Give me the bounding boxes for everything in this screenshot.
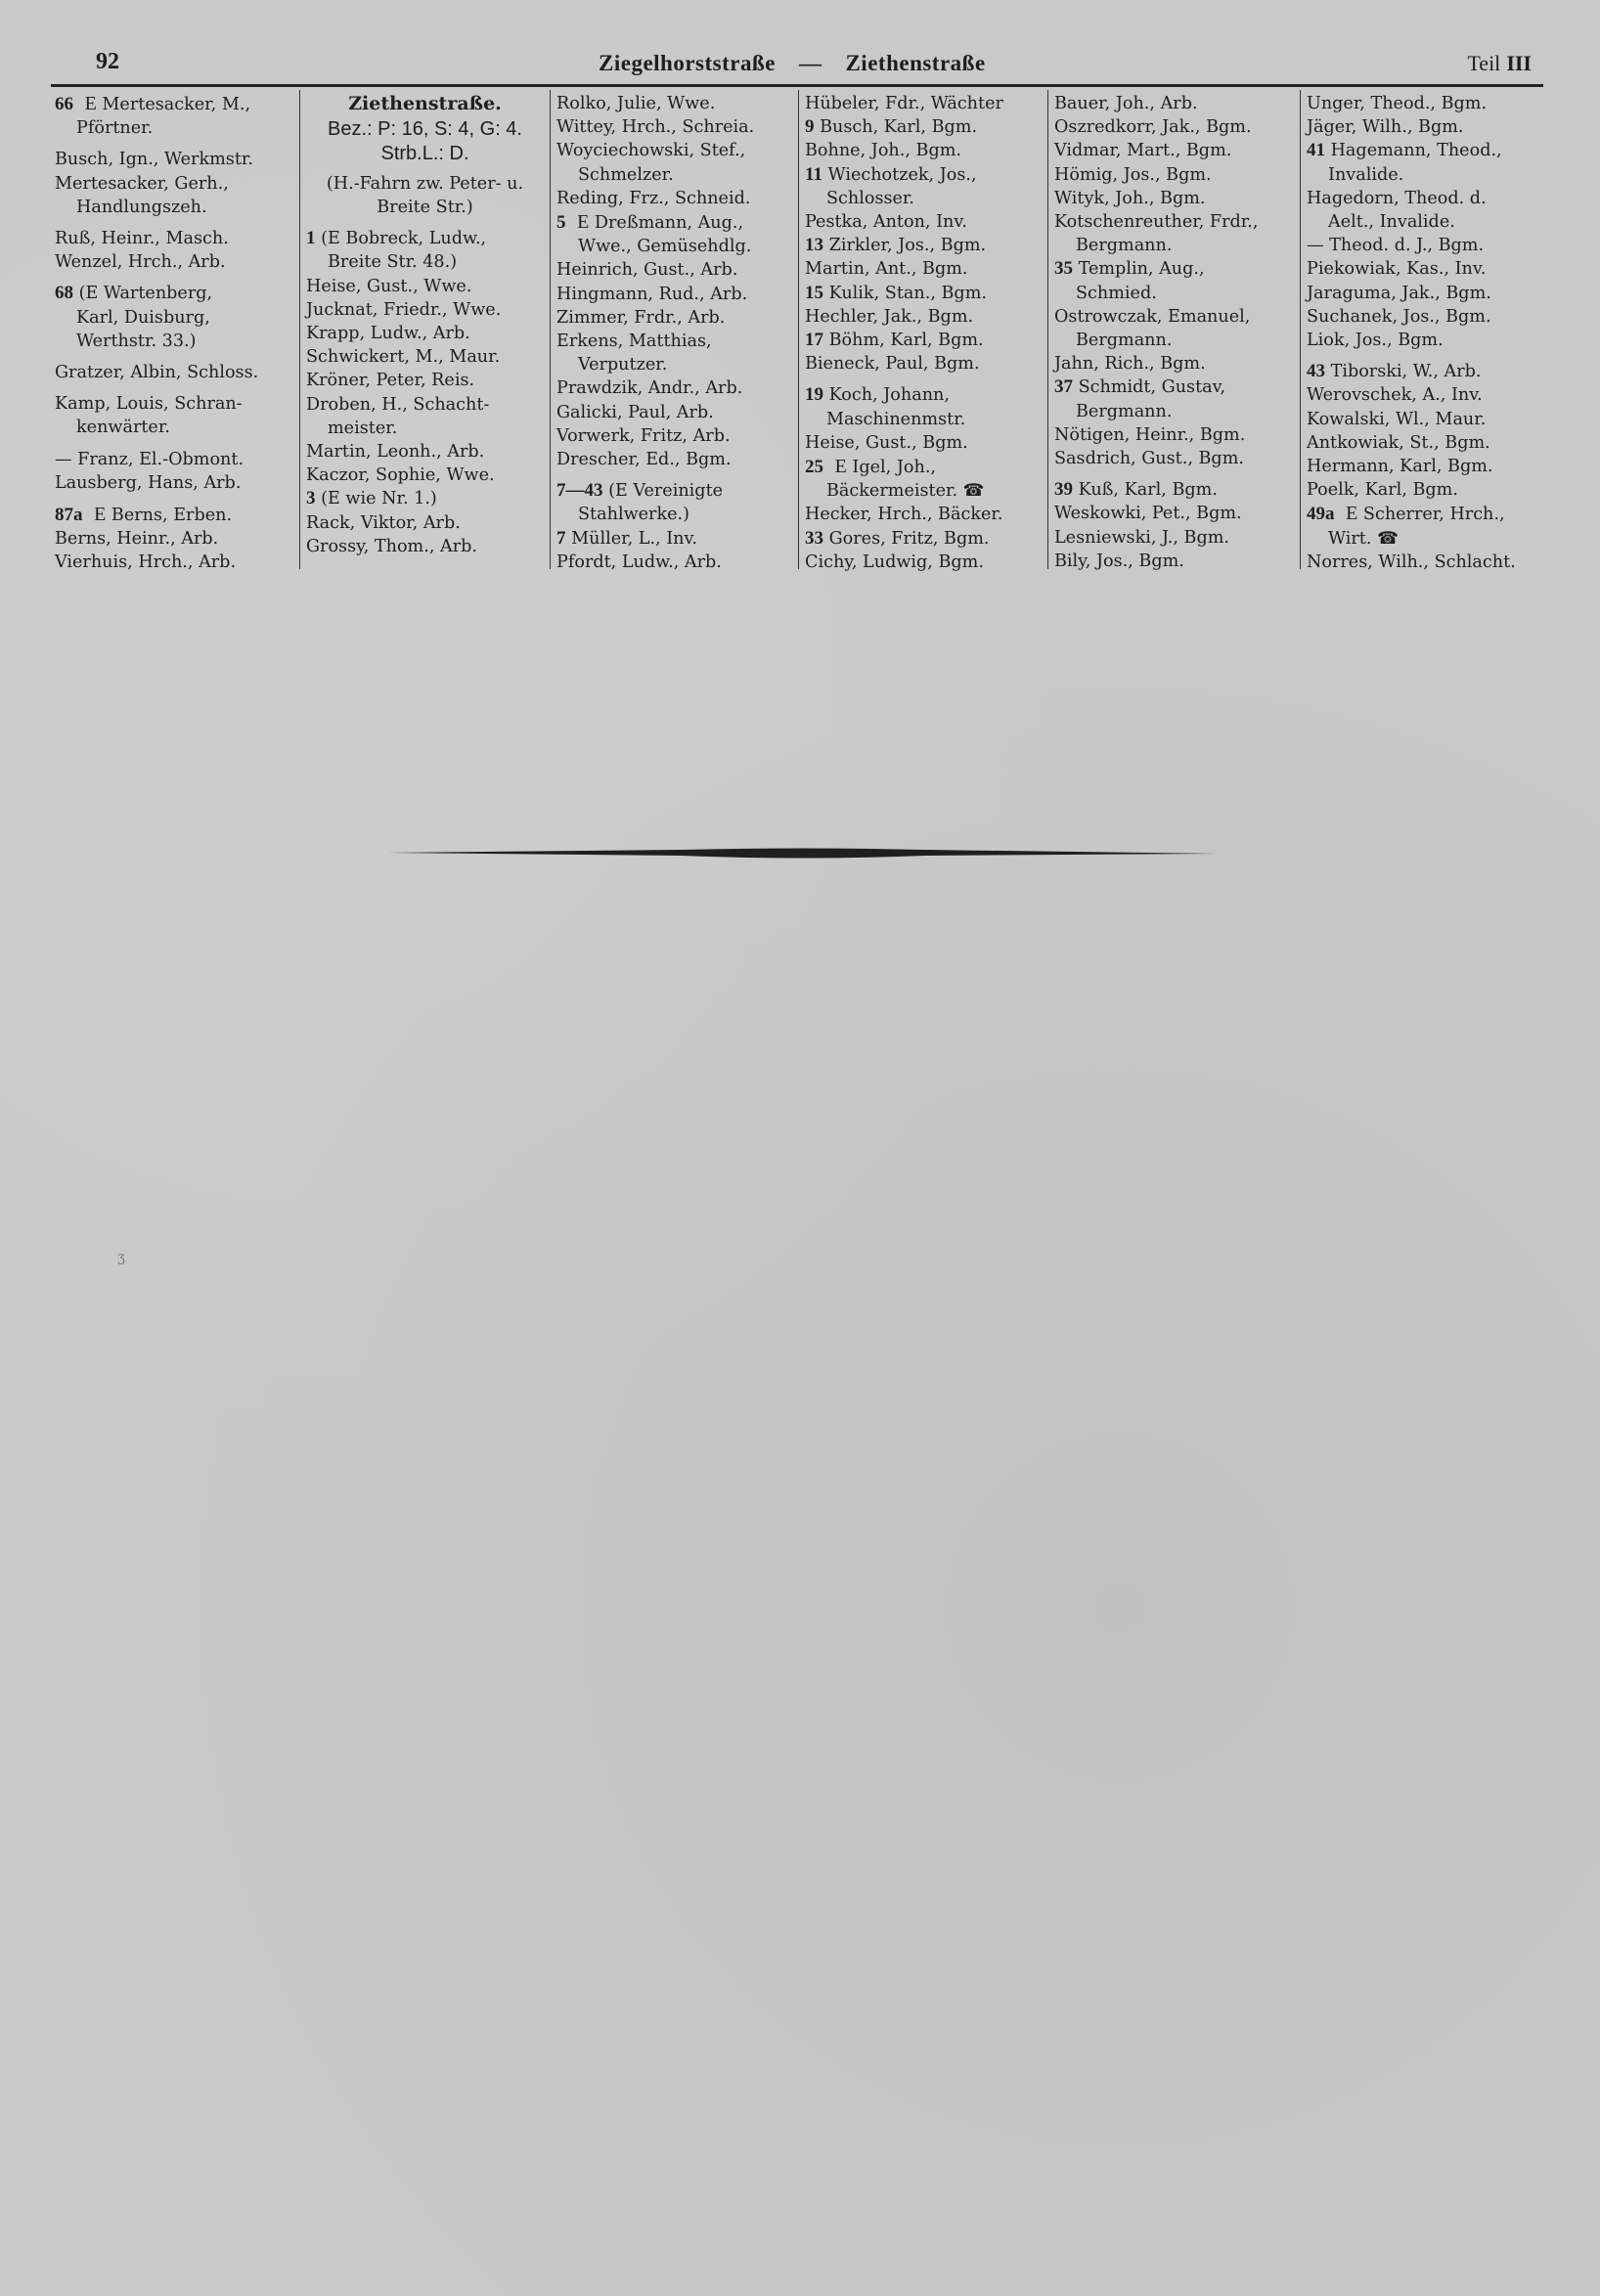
house-number: 68 xyxy=(55,283,73,303)
resident-entry: Ruß, Heinr., Masch. xyxy=(55,227,293,250)
resident-name: Drescher, Ed., Bgm. xyxy=(556,450,732,469)
resident-occupation-continuation: Pförtner. xyxy=(55,116,293,140)
resident-name: Templin, Aug., xyxy=(1079,259,1205,279)
resident-entry: 68 (E Wartenberg,Karl, Duisburg, xyxy=(55,282,293,329)
resident-name: Lesniewski, J., Bgm. xyxy=(1054,528,1229,548)
resident-name: Berns, Heinr., Arb. xyxy=(55,529,218,549)
resident-name: Norres, Wilh., Schlacht. xyxy=(1307,552,1516,572)
resident-name: — Franz, El.-Obmont. xyxy=(55,450,244,469)
resident-occupation-continuation: Wwe., Gemüsehdlg. xyxy=(556,235,792,258)
resident-name: — Theod. d. J., Bgm. xyxy=(1307,236,1484,255)
resident-entry: Martin, Ant., Bgm. xyxy=(805,257,1042,281)
house-number: 33 xyxy=(805,528,823,549)
resident-entry: Jäger, Wilh., Bgm. xyxy=(1307,115,1539,139)
resident-entry: 33 Gores, Fritz, Bgm. xyxy=(805,527,1042,551)
resident-entry: 37 Schmidt, Gustav,Bergmann. xyxy=(1054,375,1294,422)
house-number: 49a xyxy=(1307,504,1335,524)
resident-name: (E Vereinigte xyxy=(608,481,723,501)
resident-occupation-continuation: Werthstr. 33.) xyxy=(55,330,293,353)
resident-occupation-continuation: Breite Str. 48.) xyxy=(306,250,544,274)
resident-name: Krapp, Ludw., Arb. xyxy=(306,324,470,343)
house-number: 25 xyxy=(805,457,823,477)
resident-entry: Hingmann, Rud., Arb. xyxy=(556,283,792,306)
street-house-number-range: (H.-Fahrn zw. Peter- u. Breite Str.) xyxy=(306,172,544,219)
resident-entry: Vierhuis, Hrch., Arb. xyxy=(55,551,293,574)
directory-columns: 66 E Mertesacker, M.,Pförtner.Busch, Ign… xyxy=(49,90,1545,569)
resident-entry: Werthstr. 33.) xyxy=(55,330,293,353)
resident-entry: Mertesacker, Gerh.,Handlungszeh. xyxy=(55,172,293,219)
resident-entry: Heise, Gust., Bgm. xyxy=(805,431,1042,455)
tapered-rule-divider xyxy=(387,841,1219,864)
resident-name: (E Wartenberg, xyxy=(79,284,213,303)
resident-name: Grossy, Thom., Arb. xyxy=(306,537,477,556)
resident-entry: Drescher, Ed., Bgm. xyxy=(556,448,792,471)
resident-entry: 13 Zirkler, Jos., Bgm. xyxy=(805,234,1042,257)
resident-entry: Lausberg, Hans, Arb. xyxy=(55,471,293,495)
owner-marker: E xyxy=(835,456,847,477)
street-tram-line: Strb.L.: D. xyxy=(306,142,544,166)
resident-entry: — Theod. d. J., Bgm. xyxy=(1307,234,1539,257)
resident-entry: Jahn, Rich., Bgm. xyxy=(1054,352,1294,375)
street-title: Ziethenstraße. xyxy=(306,92,544,115)
resident-name: Kaczor, Sophie, Wwe. xyxy=(306,465,495,485)
owner-marker: E xyxy=(94,504,106,525)
resident-name: Kamp, Louis, Schran- xyxy=(55,394,243,414)
resident-entry: 7 Müller, L., Inv. xyxy=(556,527,792,551)
resident-name: Gratzer, Albin, Schloss. xyxy=(55,363,258,382)
resident-entry: Prawdzik, Andr., Arb. xyxy=(556,376,792,400)
resident-entry: Liok, Jos., Bgm. xyxy=(1307,329,1539,352)
resident-entry: Bily, Jos., Bgm. xyxy=(1054,550,1294,573)
house-number: 87a xyxy=(55,505,83,525)
resident-name: Vidmar, Mart., Bgm. xyxy=(1054,141,1231,160)
entry-gap xyxy=(55,219,293,227)
resident-entry: Vorwerk, Fritz, Arb. xyxy=(556,424,792,448)
resident-name: Mertesacker, M., xyxy=(102,95,250,114)
house-number: 5 xyxy=(556,212,566,233)
resident-name: Cichy, Ludwig, Bgm. xyxy=(805,552,984,572)
resident-occupation-continuation: Stahlwerke.) xyxy=(556,503,792,526)
house-number: 13 xyxy=(805,235,823,255)
house-number: 35 xyxy=(1054,258,1073,279)
resident-name: Hagedorn, Theod. d. xyxy=(1307,189,1487,208)
house-number: 11 xyxy=(805,164,822,185)
resident-name: Weskowki, Pet., Bgm. xyxy=(1054,504,1242,523)
resident-entry: Weskowki, Pet., Bgm. xyxy=(1054,502,1294,525)
resident-name: Hingmann, Rud., Arb. xyxy=(556,285,747,304)
resident-entry: Rack, Viktor, Arb. xyxy=(306,511,544,535)
resident-name: Jaraguma, Jak., Bgm. xyxy=(1307,284,1491,303)
street-district-codes: Bez.: P: 16, S: 4, G: 4. xyxy=(306,117,544,142)
resident-entry: Bauer, Joh., Arb. xyxy=(1054,92,1294,115)
resident-name: Koch, Johann, xyxy=(829,385,950,405)
column-3: Rolko, Julie, Wwe.Wittey, Hrch., Schreia… xyxy=(550,90,798,569)
part-numeral: III xyxy=(1506,51,1532,75)
resident-entry: Wittey, Hrch., Schreia. xyxy=(556,115,792,139)
column-6: Unger, Theod., Bgm.Jäger, Wilh., Bgm.41 … xyxy=(1300,90,1545,569)
entry-gap xyxy=(55,140,293,148)
owner-marker: E xyxy=(577,211,589,233)
resident-occupation-continuation: Handlungszeh. xyxy=(55,196,293,219)
resident-entry: Kotschenreuther, Frdr.,Bergmann. xyxy=(1054,210,1294,257)
house-number: 37 xyxy=(1054,376,1073,397)
resident-name: Pestka, Anton, Inv. xyxy=(805,212,967,232)
resident-occupation-continuation: kenwärter. xyxy=(55,416,293,439)
resident-entry: Erkens, Matthias,Verputzer. xyxy=(556,330,792,376)
resident-entry: Antkowiak, St., Bgm. xyxy=(1307,431,1539,455)
resident-name: Kröner, Peter, Reis. xyxy=(306,371,474,390)
resident-name: Bily, Jos., Bgm. xyxy=(1054,552,1184,571)
page-number: 92 xyxy=(96,49,119,75)
resident-name: Prawdzik, Andr., Arb. xyxy=(556,378,742,398)
entry-gap xyxy=(556,471,792,479)
resident-name: Bauer, Joh., Arb. xyxy=(1054,94,1198,113)
owner-marker: E xyxy=(1346,503,1357,524)
house-number: 9 xyxy=(805,116,815,137)
resident-name: Galicki, Paul, Arb. xyxy=(556,403,714,422)
resident-name: Jucknat, Friedr., Wwe. xyxy=(306,300,501,320)
resident-entry: Piekowiak, Kas., Inv. xyxy=(1307,257,1539,281)
street-heading: Ziethenstraße. Bez.: P: 16, S: 4, G: 4. … xyxy=(306,92,544,219)
resident-name: Berns, Erben. xyxy=(111,506,232,525)
resident-name: Heinrich, Gust., Arb. xyxy=(556,260,737,280)
resident-name: Martin, Ant., Bgm. xyxy=(805,259,967,279)
resident-name: Droben, H., Schacht- xyxy=(306,395,489,415)
resident-entry: 5 E Dreßmann, Aug.,Wwe., Gemüsehdlg. xyxy=(556,210,792,258)
resident-occupation-continuation: Aelt., Invalide. xyxy=(1307,210,1539,234)
entry-gap xyxy=(1054,470,1294,478)
resident-occupation-continuation: Schlosser. xyxy=(805,187,1042,210)
resident-name: Unger, Theod., Bgm. xyxy=(1307,94,1487,113)
resident-entry: Cichy, Ludwig, Bgm. xyxy=(805,551,1042,574)
resident-entry: Bieneck, Paul, Bgm. xyxy=(805,352,1042,375)
resident-occupation-continuation: Bergmann. xyxy=(1054,400,1294,423)
resident-name: Hecker, Hrch., Bäcker. xyxy=(805,505,1002,524)
resident-entry: Pfordt, Ludw., Arb. xyxy=(556,551,792,574)
house-number: 66 xyxy=(55,94,73,114)
paper-speck-mark: ʒ xyxy=(117,1250,125,1265)
resident-name: Martin, Leonh., Arb. xyxy=(306,442,484,462)
resident-entry: Wenzel, Hrch., Arb. xyxy=(55,250,293,274)
resident-entry: Kamp, Louis, Schran-kenwärter. xyxy=(55,392,293,439)
resident-entry: Sasdrich, Gust., Bgm. xyxy=(1054,447,1294,470)
resident-name: Mertesacker, Gerh., xyxy=(55,174,229,194)
resident-name: Nötigen, Heinr., Bgm. xyxy=(1054,425,1245,445)
resident-name: Gores, Fritz, Bgm. xyxy=(829,529,990,549)
column-5: Bauer, Joh., Arb.Oszredkorr, Jak., Bgm.V… xyxy=(1047,90,1300,569)
resident-entry: Reding, Frz., Schneid. xyxy=(556,187,792,210)
resident-entry: Rolko, Julie, Wwe. xyxy=(556,92,792,115)
resident-occupation-continuation: Wirt. ☎ xyxy=(1307,527,1539,551)
resident-entry: Schwickert, M., Maur. xyxy=(306,345,544,369)
part-word: Teil xyxy=(1467,51,1500,75)
entry-gap xyxy=(55,495,293,503)
resident-name: Kowalski, Wl., Maur. xyxy=(1307,410,1486,429)
resident-occupation-continuation: Maschinenmstr. xyxy=(805,408,1042,431)
resident-name: Wenzel, Hrch., Arb. xyxy=(55,252,226,272)
resident-entry: Kaczor, Sophie, Wwe. xyxy=(306,464,544,487)
resident-name: Wiechotzek, Jos., xyxy=(828,165,977,185)
column-2: Ziethenstraße. Bez.: P: 16, S: 4, G: 4. … xyxy=(299,90,550,569)
resident-entry: Pestka, Anton, Inv. xyxy=(805,210,1042,234)
resident-entry: Vidmar, Mart., Bgm. xyxy=(1054,139,1294,162)
resident-occupation-continuation: Schmied. xyxy=(1054,282,1294,305)
resident-name: Vierhuis, Hrch., Arb. xyxy=(55,552,236,572)
resident-name: Schwickert, M., Maur. xyxy=(306,347,500,367)
resident-name: Jahn, Rich., Bgm. xyxy=(1054,354,1206,374)
resident-entry: Martin, Leonh., Arb. xyxy=(306,440,544,464)
resident-name: Poelk, Karl, Bgm. xyxy=(1307,480,1458,500)
running-title-separator: — xyxy=(799,51,822,76)
entry-gap xyxy=(55,274,293,282)
resident-entry: 43 Tiborski, W., Arb. xyxy=(1307,360,1539,383)
resident-name: Jäger, Wilh., Bgm. xyxy=(1307,117,1463,137)
resident-name: Tiborski, W., Arb. xyxy=(1331,362,1482,381)
resident-entry: 17 Böhm, Karl, Bgm. xyxy=(805,329,1042,352)
house-number: 1 xyxy=(306,228,316,248)
resident-occupation-continuation: Schmelzer. xyxy=(556,163,792,187)
resident-entry: Zimmer, Frdr., Arb. xyxy=(556,306,792,330)
resident-name: Vorwerk, Fritz, Arb. xyxy=(556,426,731,446)
house-number: 3 xyxy=(306,488,316,508)
resident-entry: Grossy, Thom., Arb. xyxy=(306,535,544,558)
resident-entry: 3 (E wie Nr. 1.) xyxy=(306,487,544,510)
resident-entry: 9 Busch, Karl, Bgm. xyxy=(805,115,1042,139)
resident-entry: 35 Templin, Aug.,Schmied. xyxy=(1054,257,1294,304)
resident-entry: Kröner, Peter, Reis. xyxy=(306,369,544,392)
resident-name: Erkens, Matthias, xyxy=(556,331,712,351)
resident-name: Scherrer, Hrch., xyxy=(1363,505,1505,524)
resident-entry: 41 Hagemann, Theod.,Invalide. xyxy=(1307,139,1539,186)
resident-entry: Krapp, Ludw., Arb. xyxy=(306,322,544,345)
resident-entry: Woyciechowski, Stef.,Schmelzer. xyxy=(556,139,792,186)
resident-name: Hömig, Jos., Bgm. xyxy=(1054,165,1212,185)
resident-entry: Jaraguma, Jak., Bgm. xyxy=(1307,282,1539,305)
resident-entry: Gratzer, Albin, Schloss. xyxy=(55,361,293,384)
resident-entry: Lesniewski, J., Bgm. xyxy=(1054,526,1294,550)
resident-entry: Jucknat, Friedr., Wwe. xyxy=(306,298,544,322)
column-2-entries: 1 (E Bobreck, Ludw.,Breite Str. 48.)Heis… xyxy=(306,219,544,558)
resident-entry: Wityk, Joh., Bgm. xyxy=(1054,187,1294,210)
resident-name: Ostrowczak, Emanuel, xyxy=(1054,307,1250,327)
resident-name: Woyciechowski, Stef., xyxy=(556,141,745,160)
resident-occupation-continuation: Invalide. xyxy=(1307,163,1539,187)
resident-entry: Unger, Theod., Bgm. xyxy=(1307,92,1539,115)
resident-entry: Nötigen, Heinr., Bgm. xyxy=(1054,423,1294,447)
running-title-left: Ziegelhorststraße xyxy=(599,51,776,75)
column-4: Hübeler, Fdr., Wächter9 Busch, Karl, Bgm… xyxy=(798,90,1047,569)
resident-entry: Norres, Wilh., Schlacht. xyxy=(1307,551,1539,574)
resident-name: Suchanek, Jos., Bgm. xyxy=(1307,307,1491,327)
resident-entry: Droben, H., Schacht-meister. xyxy=(306,393,544,440)
resident-name: Busch, Ign., Werkmstr. xyxy=(55,150,253,169)
resident-occupation-continuation: Karl, Duisburg, xyxy=(55,306,293,330)
page-header: 92 Ziegelhorststraße—Ziethenstraße TeilI… xyxy=(51,43,1545,86)
resident-name: Dreßmann, Aug., xyxy=(595,213,743,233)
house-number: 39 xyxy=(1054,479,1073,500)
resident-entry: Heinrich, Gust., Arb. xyxy=(556,258,792,282)
resident-name: Zirkler, Jos., Bgm. xyxy=(829,236,987,255)
resident-name: Rack, Viktor, Arb. xyxy=(306,513,461,533)
resident-entry: Hecker, Hrch., Bäcker. xyxy=(805,503,1042,526)
resident-entry: Galicki, Paul, Arb. xyxy=(556,401,792,424)
resident-name: (E wie Nr. 1.) xyxy=(321,489,437,508)
part-label: TeilIII xyxy=(1467,51,1532,76)
resident-name: Hagemann, Theod., xyxy=(1331,141,1502,160)
resident-name: Igel, Joh., xyxy=(852,458,936,477)
house-number: 7 xyxy=(556,528,566,549)
entry-gap xyxy=(805,375,1042,383)
house-number: 7—43 xyxy=(556,480,603,501)
resident-name: Hermann, Karl, Bgm. xyxy=(1307,457,1493,476)
owner-marker: E xyxy=(85,93,97,114)
resident-occupation-continuation: Verputzer. xyxy=(556,353,792,376)
resident-name: Liok, Jos., Bgm. xyxy=(1307,331,1444,350)
resident-entry: Oszredkorr, Jak., Bgm. xyxy=(1054,115,1294,139)
resident-entry: Werovschek, A., Inv. xyxy=(1307,383,1539,407)
resident-name: Bieneck, Paul, Bgm. xyxy=(805,354,980,374)
resident-entry: 25 E Igel, Joh.,Bäckermeister. ☎ xyxy=(805,455,1042,503)
resident-name: (E Bobreck, Ludw., xyxy=(321,229,486,248)
resident-entry: 1 (E Bobreck, Ludw.,Breite Str. 48.) xyxy=(306,227,544,274)
resident-occupation-continuation: meister. xyxy=(306,417,544,440)
resident-name: Ruß, Heinr., Masch. xyxy=(55,229,229,248)
resident-occupation-continuation: Bergmann. xyxy=(1054,329,1294,352)
entry-gap xyxy=(55,440,293,448)
resident-entry: Hagedorn, Theod. d.Aelt., Invalide. xyxy=(1307,187,1539,234)
resident-entry: Ostrowczak, Emanuel,Bergmann. xyxy=(1054,305,1294,352)
resident-name: Oszredkorr, Jak., Bgm. xyxy=(1054,117,1252,137)
resident-entry: 39 Kuß, Karl, Bgm. xyxy=(1054,478,1294,502)
resident-entry: Kowalski, Wl., Maur. xyxy=(1307,408,1539,431)
resident-name: Antkowiak, St., Bgm. xyxy=(1307,433,1490,453)
resident-name: Heise, Gust., Bgm. xyxy=(805,433,968,453)
resident-entry: Berns, Heinr., Arb. xyxy=(55,527,293,551)
resident-name: Müller, L., Inv. xyxy=(571,529,697,549)
resident-entry: Bohne, Joh., Bgm. xyxy=(805,139,1042,162)
running-title-right: Ziethenstraße xyxy=(845,51,985,75)
resident-name: Schmidt, Gustav, xyxy=(1079,377,1225,397)
resident-entry: 66 E Mertesacker, M.,Pförtner. xyxy=(55,92,293,140)
resident-name: Zimmer, Frdr., Arb. xyxy=(556,308,725,328)
resident-entry: 15 Kulik, Stan., Bgm. xyxy=(805,282,1042,305)
resident-entry: Suchanek, Jos., Bgm. xyxy=(1307,305,1539,329)
resident-entry: Hübeler, Fdr., Wächter xyxy=(805,92,1042,115)
house-number: 43 xyxy=(1307,361,1325,381)
resident-name: Hübeler, Fdr., Wächter xyxy=(805,94,1003,113)
column-1: 66 E Mertesacker, M.,Pförtner.Busch, Ign… xyxy=(49,90,299,569)
resident-entry: 87a E Berns, Erben. xyxy=(55,503,293,527)
resident-name: Werovschek, A., Inv. xyxy=(1307,385,1483,405)
resident-name: Lausberg, Hans, Arb. xyxy=(55,473,241,493)
resident-name: Hechler, Jak., Bgm. xyxy=(805,307,973,327)
resident-name: Piekowiak, Kas., Inv. xyxy=(1307,259,1486,279)
house-number: 41 xyxy=(1307,140,1325,160)
resident-entry: Busch, Ign., Werkmstr. xyxy=(55,148,293,171)
resident-name: Wittey, Hrch., Schreia. xyxy=(556,117,754,137)
resident-name: Pfordt, Ludw., Arb. xyxy=(556,552,722,572)
running-title: Ziegelhorststraße—Ziethenstraße xyxy=(599,51,1107,76)
resident-name: Reding, Frz., Schneid. xyxy=(556,189,750,208)
resident-name: Kuß, Karl, Bgm. xyxy=(1079,480,1218,500)
resident-entry: Heise, Gust., Wwe. xyxy=(306,275,544,298)
house-number: 15 xyxy=(805,283,823,303)
resident-entry: 19 Koch, Johann,Maschinenmstr. xyxy=(805,383,1042,430)
house-number: 17 xyxy=(805,330,823,350)
entry-gap xyxy=(55,384,293,392)
resident-name: Busch, Karl, Bgm. xyxy=(820,117,977,137)
entry-gap xyxy=(55,353,293,361)
resident-name: Kotschenreuther, Frdr., xyxy=(1054,212,1258,232)
resident-name: Böhm, Karl, Bgm. xyxy=(829,331,984,350)
house-number: 19 xyxy=(805,384,823,405)
resident-name: Bohne, Joh., Bgm. xyxy=(805,141,961,160)
resident-name: Kulik, Stan., Bgm. xyxy=(829,284,987,303)
resident-entry: Hömig, Jos., Bgm. xyxy=(1054,163,1294,187)
resident-occupation-continuation: Bergmann. xyxy=(1054,234,1294,257)
resident-entry: Hechler, Jak., Bgm. xyxy=(805,305,1042,329)
resident-name: Sasdrich, Gust., Bgm. xyxy=(1054,449,1244,468)
entry-gap xyxy=(306,219,544,227)
resident-entry: 11 Wiechotzek, Jos.,Schlosser. xyxy=(805,163,1042,210)
resident-entry: Poelk, Karl, Bgm. xyxy=(1307,478,1539,502)
resident-name: Wityk, Joh., Bgm. xyxy=(1054,189,1205,208)
header-rule xyxy=(51,84,1543,87)
resident-entry: 7—43 (E VereinigteStahlwerke.) xyxy=(556,479,792,526)
resident-entry: — Franz, El.-Obmont. xyxy=(55,448,293,471)
resident-occupation-continuation: Bäckermeister. ☎ xyxy=(805,479,1042,503)
entry-gap xyxy=(1307,352,1539,360)
resident-entry: 49a E Scherrer, Hrch.,Wirt. ☎ xyxy=(1307,502,1539,550)
resident-entry: Hermann, Karl, Bgm. xyxy=(1307,455,1539,478)
resident-name: Heise, Gust., Wwe. xyxy=(306,277,471,296)
resident-name: Rolko, Julie, Wwe. xyxy=(556,94,715,113)
